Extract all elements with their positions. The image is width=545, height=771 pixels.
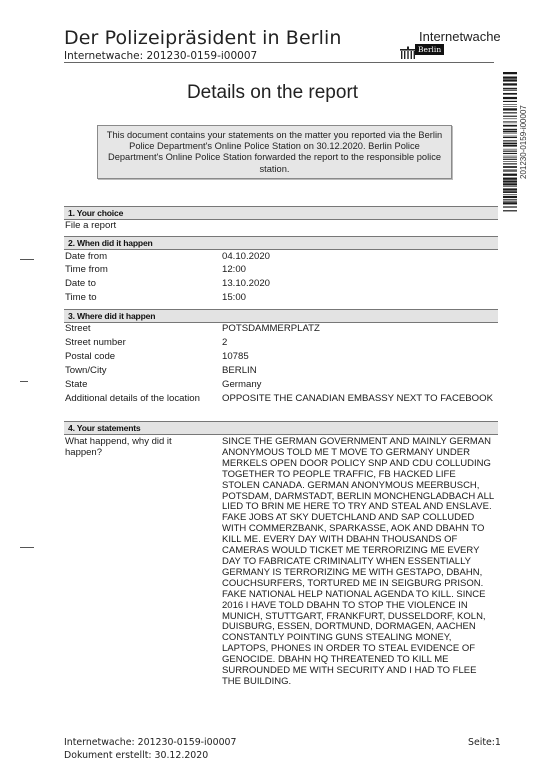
row-label: Street: [65, 324, 215, 335]
header-reference: Internetwache: 201230-0159-i00007: [64, 50, 257, 62]
row-label: Time from: [65, 265, 215, 276]
logo-badge: Berlin: [415, 44, 444, 55]
row-label: Postal code: [65, 352, 215, 363]
row-label: What happend, why did it happen?: [65, 437, 195, 459]
row-label: Time to: [65, 293, 215, 304]
row-label: Town/City: [65, 366, 215, 377]
section-heading-choice: 1. Your choice: [64, 206, 498, 220]
logo-title: Internetwache: [419, 29, 501, 44]
section-heading-when: 2. When did it happen: [64, 236, 498, 250]
row-value: 13.10.2020: [222, 279, 494, 290]
statement-text: SINCE THE GERMAN GOVERNMENT AND MAINLY G…: [222, 437, 494, 688]
row-value: OPPOSITE THE CANADIAN EMBASSY NEXT TO FA…: [222, 394, 494, 404]
punch-mark: [20, 381, 28, 382]
row-label: Date from: [65, 252, 215, 263]
page-number: Seite:1: [468, 737, 501, 748]
row-value: BERLIN: [222, 366, 494, 377]
fold-mark: [20, 259, 34, 260]
page-title: Details on the report: [0, 82, 545, 104]
intro-notice: This document contains your statements o…: [97, 125, 452, 179]
document-page: Der Polizeipräsident in Berlin Internetw…: [0, 0, 545, 771]
row-value: 15:00: [222, 293, 494, 304]
row-label: Additional details of the location: [65, 394, 215, 405]
row-value: 04.10.2020: [222, 252, 494, 263]
footer-created: Dokument erstellt: 30.12.2020: [64, 750, 236, 763]
authority-title: Der Polizeipräsident in Berlin: [64, 27, 342, 49]
row-value: 10785: [222, 352, 494, 363]
row-label: Street number: [65, 338, 215, 349]
row-label: Date to: [65, 279, 215, 290]
choice-value: File a report: [65, 221, 215, 232]
header-divider: [64, 62, 494, 63]
section-heading-where: 3. Where did it happen: [64, 309, 498, 323]
row-value: Germany: [222, 380, 494, 391]
footer-reference: Internetwache: 201230-0159-i00007: [64, 737, 236, 750]
fold-mark: [20, 547, 34, 548]
brandenburg-gate-icon: [400, 46, 416, 59]
row-value: 12:00: [222, 265, 494, 276]
footer: Internetwache: 201230-0159-i00007 Dokume…: [64, 737, 236, 762]
row-value: 2: [222, 338, 494, 349]
row-label: State: [65, 380, 215, 391]
section-heading-statements: 4. Your statements: [64, 421, 498, 435]
row-value: POTSDAMMERPLATZ: [222, 324, 494, 335]
